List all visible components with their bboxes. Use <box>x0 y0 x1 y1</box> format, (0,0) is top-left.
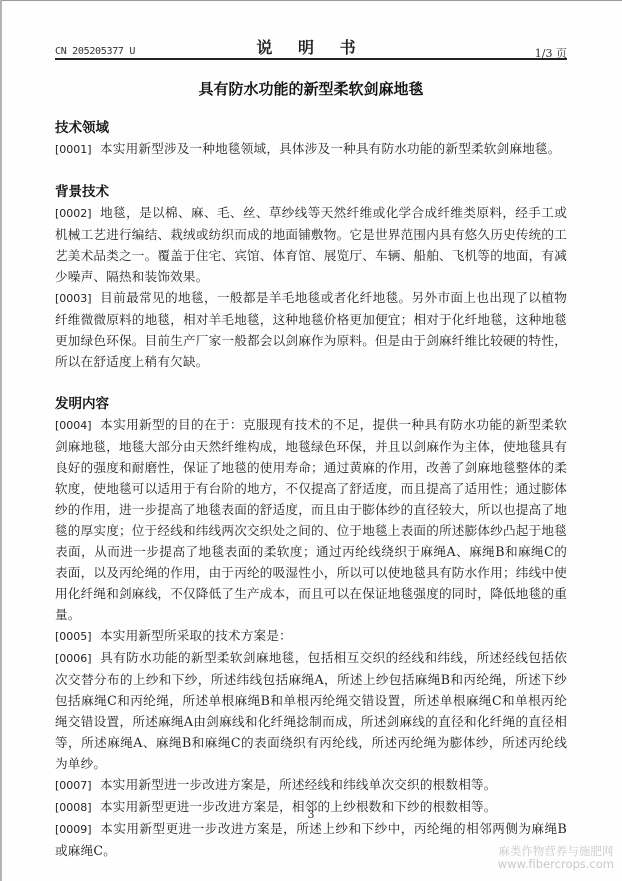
paragraph-number: [0009] <box>55 819 100 840</box>
section-heading: 发明内容 <box>55 394 567 414</box>
paragraph-0005: [0005]本实用新型所采取的技术方案是： <box>55 625 567 647</box>
paragraph-text: 具有防水功能的新型柔软剑麻地毯，包括相互交织的经线和纬线，所述经线包括依次交替分… <box>55 650 567 771</box>
paragraph-number: [0005] <box>55 626 100 647</box>
paragraph-number: [0007] <box>55 775 100 796</box>
paragraph-0006: [0006]具有防水功能的新型柔软剑麻地毯，包括相互交织的经线和纬线，所述经线包… <box>55 647 567 774</box>
document-title: 具有防水功能的新型柔软剑麻地毯 <box>55 78 567 99</box>
document-type: 说 明 书 <box>55 35 567 58</box>
page-number: 3 <box>0 808 622 821</box>
paragraph-number: [0006] <box>55 648 100 669</box>
paragraph-text: 本实用新型更进一步改进方案是，所述上纱和下纱中，丙纶绳的相邻两侧为麻绳B或麻绳C… <box>55 821 567 858</box>
section-heading: 背景技术 <box>55 182 567 202</box>
paragraph-text: 本实用新型的目的在于：克服现有技术的不足，提供一种具有防水功能的新型柔软剑麻地毯… <box>55 417 567 622</box>
paragraph-0007: [0007]本实用新型进一步改进方案是，所述经线和纬线单次交织的根数相等。 <box>55 774 567 796</box>
watermark-site-url: www.fibercrops.com <box>498 858 614 871</box>
paragraph-0009: [0009]本实用新型更进一步改进方案是，所述上纱和下纱中，丙纶绳的相邻两侧为麻… <box>55 818 567 861</box>
paragraph-text: 本实用新型涉及一种地毯领域，具体涉及一种具有防水功能的新型柔软剑麻地毯。 <box>100 141 561 156</box>
paragraph-text: 本实用新型进一步改进方案是，所述经线和纬线单次交织的根数相等。 <box>100 777 497 792</box>
paragraph-0004: [0004]本实用新型的目的在于：克服现有技术的不足，提供一种具有防水功能的新型… <box>55 414 567 625</box>
page-border-top <box>0 0 622 1</box>
paragraph-number: [0004] <box>55 415 100 436</box>
site-watermark: 麻类作物营养与施肥网 www.fibercrops.com <box>498 845 614 871</box>
section-technical-field: 技术领域 [0001]本实用新型涉及一种地毯领域，具体涉及一种具有防水功能的新型… <box>55 118 567 160</box>
section-background: 背景技术 [0002]地毯，是以棉、麻、毛、丝、草纱线等天然纤维或化学合成纤维类… <box>55 182 567 372</box>
paragraph-0003: [0003]目前最常见的地毯，一般都是羊毛地毯或者化纤地毯。另外市面上也出现了以… <box>55 287 567 372</box>
paragraph-number: [0001] <box>55 139 100 160</box>
paragraph-text: 地毯，是以棉、麻、毛、丝、草纱线等天然纤维或化学合成纤维类原料，经手工或机械工艺… <box>55 205 567 284</box>
page-indicator: 1/3 页 <box>535 45 567 61</box>
paragraph-0002: [0002]地毯，是以棉、麻、毛、丝、草纱线等天然纤维或化学合成纤维类原料，经手… <box>55 202 567 287</box>
page-header: CN 205205377 U 说 明 书 1/3 页 <box>55 34 567 60</box>
paragraph-text: 目前最常见的地毯，一般都是羊毛地毯或者化纤地毯。另外市面上也出现了以植物纤维微微… <box>55 290 567 369</box>
section-heading: 技术领域 <box>55 118 567 138</box>
document-body: 技术领域 [0001]本实用新型涉及一种地毯领域，具体涉及一种具有防水功能的新型… <box>55 118 567 861</box>
paragraph-text: 本实用新型所采取的技术方案是： <box>100 628 292 643</box>
paragraph-number: [0002] <box>55 203 100 224</box>
paragraph-0001: [0001]本实用新型涉及一种地毯领域，具体涉及一种具有防水功能的新型柔软剑麻地… <box>55 138 567 160</box>
page-border-left <box>0 0 2 881</box>
paragraph-number: [0003] <box>55 288 100 309</box>
section-summary: 发明内容 [0004]本实用新型的目的在于：克服现有技术的不足，提供一种具有防水… <box>55 394 567 861</box>
